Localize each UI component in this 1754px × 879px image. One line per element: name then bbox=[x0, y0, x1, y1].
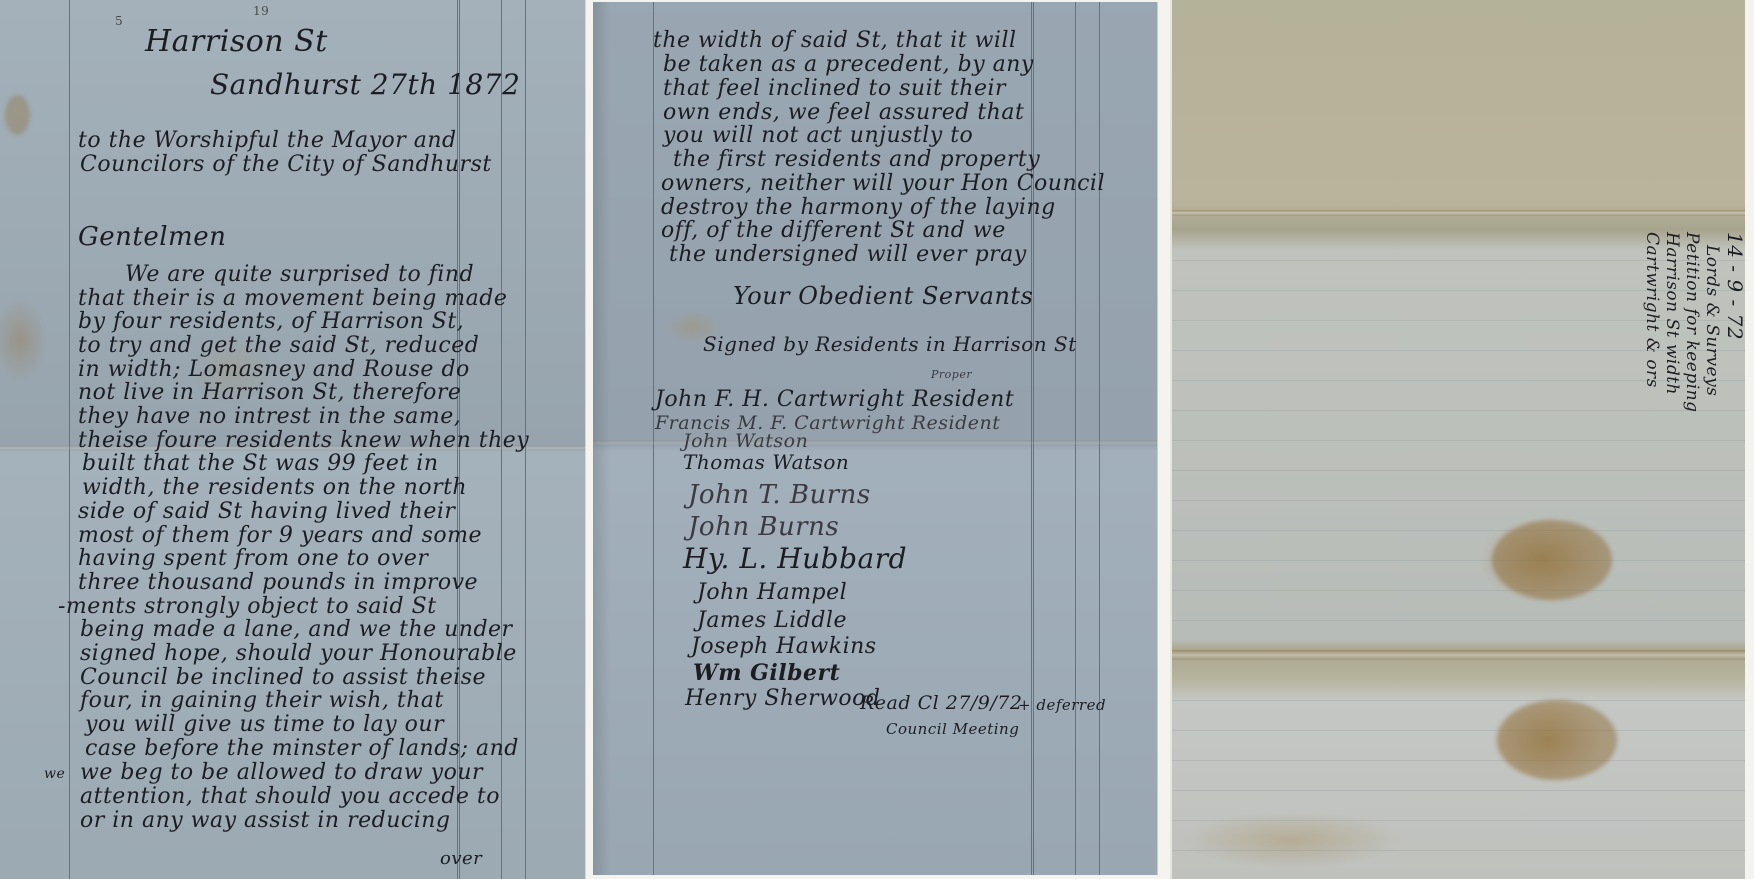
fold-crease-top bbox=[1172, 210, 1745, 216]
body-line: the width of said St, that it will bbox=[653, 28, 1017, 53]
endorsement-meeting: Council Meeting bbox=[886, 720, 1019, 738]
page-1: 5 19 Harrison St Sandhurst 27th 1872 to … bbox=[0, 0, 585, 879]
signature: John Burns bbox=[688, 512, 839, 542]
pencil-folio-number: 5 bbox=[115, 14, 123, 28]
docket-line: Lords & Surveys bbox=[1702, 245, 1722, 396]
body-line: they have no intrest in the same, bbox=[78, 404, 461, 429]
body-line: that their is a movement being made bbox=[78, 286, 507, 311]
docket-date: 14 - 9 - 72 bbox=[1723, 232, 1745, 340]
stain bbox=[5, 95, 30, 135]
signature: Hy. L. Hubbard bbox=[683, 542, 907, 575]
page-2: the width of said St, that it will be ta… bbox=[593, 2, 1158, 875]
signature: John Hampel bbox=[697, 580, 847, 605]
body-line: -ments strongly object to said St bbox=[58, 594, 437, 619]
margin-rule-right-2 bbox=[1075, 2, 1076, 875]
address-line: Councilors of the City of Sandhurst bbox=[80, 152, 492, 177]
water-stain bbox=[1492, 520, 1612, 600]
signed-line: Signed by Residents in Harrison St bbox=[703, 332, 1077, 356]
binding-shadow bbox=[593, 2, 611, 875]
body-line: owners, neither will your Hon Council bbox=[661, 171, 1105, 196]
catchword: over bbox=[440, 848, 482, 869]
signature: Wm Gilbert bbox=[693, 660, 840, 686]
body-line: width, the residents on the north bbox=[82, 475, 467, 500]
margin-rule-left bbox=[69, 0, 70, 879]
letter-dateline: Sandhurst 27th 1872 bbox=[210, 68, 520, 101]
margin-rule-right-3 bbox=[1099, 2, 1100, 875]
body-line: most of them for 9 years and some bbox=[78, 523, 482, 548]
document-viewer: 5 19 Harrison St Sandhurst 27th 1872 to … bbox=[0, 0, 1754, 879]
body-line: having spent from one to over bbox=[78, 546, 428, 571]
signature: Thomas Watson bbox=[683, 450, 849, 474]
body-line: or in any way assist in reducing bbox=[80, 808, 450, 833]
body-line: We are quite surprised to find bbox=[125, 262, 474, 287]
body-line: off, of the different St and we bbox=[661, 218, 1006, 243]
body-line: built that the St was 99 feet in bbox=[82, 451, 438, 476]
margin-rule-left bbox=[653, 2, 654, 875]
body-line: to try and get the said St, reduced bbox=[78, 333, 479, 358]
endorsement-read: Read Cl 27/9/72 bbox=[860, 692, 1022, 714]
pencil-page-number: 19 bbox=[253, 4, 269, 18]
docket-line: Cartwright & ors bbox=[1642, 232, 1662, 388]
body-line: by four residents, of Harrison St, bbox=[78, 309, 464, 334]
margin-rule-right-1 bbox=[1031, 2, 1034, 875]
body-line: theise foure residents knew when they bbox=[78, 428, 529, 453]
docket-line: Petition for keeping bbox=[1682, 232, 1702, 413]
letter-heading: Harrison St bbox=[145, 24, 328, 59]
page-3-docket: 14 - 9 - 72 Lords & Surveys Petition for… bbox=[1170, 0, 1745, 879]
signature: Henry Sherwood bbox=[685, 686, 881, 711]
body-line: the first residents and property bbox=[673, 147, 1040, 172]
body-line: side of said St having lived their bbox=[78, 499, 455, 524]
fold-crease-bottom bbox=[1172, 650, 1745, 660]
signature: John Watson bbox=[683, 430, 808, 452]
fold-crease bbox=[593, 440, 1157, 446]
body-line: not live in Harrison St, therefore bbox=[78, 380, 461, 405]
body-line: signed hope, should your Honourable bbox=[80, 641, 517, 666]
signature: John T. Burns bbox=[688, 480, 871, 510]
body-line: the undersigned will ever pray bbox=[669, 242, 1027, 267]
signature: James Liddle bbox=[697, 608, 847, 633]
body-line: you will give us time to lay our bbox=[85, 712, 444, 737]
body-line: be taken as a precedent, by any bbox=[663, 52, 1034, 77]
closing: Your Obedient Servants bbox=[733, 282, 1033, 310]
body-line: four, in gaining their wish, that bbox=[80, 688, 444, 713]
body-line: destroy the harmony of the laying bbox=[661, 195, 1056, 220]
margin-note: we bbox=[44, 766, 65, 782]
body-line: attention, that should you accede to bbox=[80, 784, 500, 809]
body-line: being made a lane, and we the under bbox=[80, 617, 513, 642]
signed-interlinear: Proper bbox=[931, 368, 972, 381]
body-line: Council be inclined to assist theise bbox=[80, 665, 486, 690]
body-line: own ends, we feel assured that bbox=[663, 100, 1024, 125]
signature: John F. H. Cartwright Resident bbox=[655, 387, 1014, 412]
endorsement-deferred: + deferred bbox=[1018, 696, 1106, 714]
body-line: we beg to be allowed to draw your bbox=[80, 760, 483, 785]
address-line: to the Worshipful the Mayor and bbox=[78, 128, 457, 153]
body-line: three thousand pounds in improve bbox=[78, 570, 478, 595]
body-line: in width; Lomasney and Rouse do bbox=[78, 357, 470, 382]
body-line: that feel inclined to suit their bbox=[663, 76, 1006, 101]
salutation: Gentelmen bbox=[78, 222, 226, 252]
body-line: case before the minster of lands; and bbox=[85, 736, 519, 761]
signature: Joseph Hawkins bbox=[691, 634, 877, 659]
water-stain bbox=[1497, 700, 1617, 780]
docket-line: Harrison St width bbox=[1662, 232, 1682, 395]
body-line: you will not act unjustly to bbox=[663, 123, 973, 148]
